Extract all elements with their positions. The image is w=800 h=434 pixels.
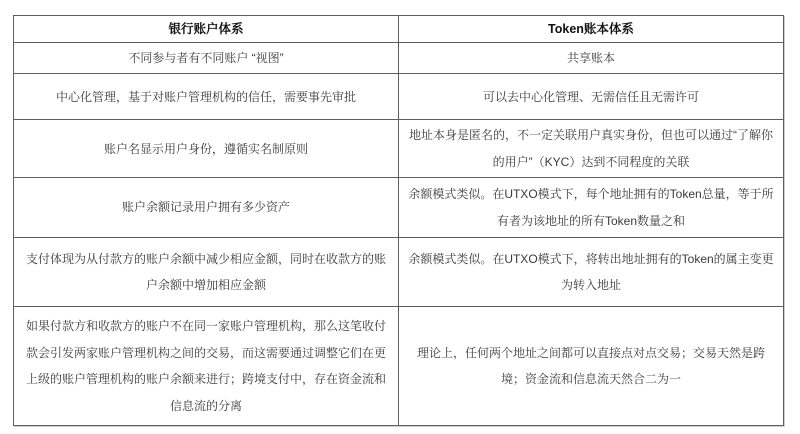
column-header-token-ledger-system: Token账本体系 bbox=[399, 16, 784, 43]
cell-token-peer-to-peer-cross-border: 理论上，任何两个地址之间都可以直接点对点交易；交易天然是跨境；资金流和信息流天然… bbox=[399, 307, 784, 426]
cell-bank-real-name-identity: 账户名显示用户身份，遵循实名制原则 bbox=[14, 120, 399, 178]
table-header-row: 银行账户体系 Token账本体系 bbox=[14, 16, 784, 43]
cell-bank-account-views: 不同参与者有不同账户 “视图” bbox=[14, 43, 399, 74]
cell-bank-centralized-management: 中心化管理，基于对账户管理机构的信任，需要事先审批 bbox=[14, 74, 399, 120]
cell-bank-interbank-cross-border-settlement: 如果付款方和收款方的账户不在同一家账户管理机构，那么这笔收付款会引发两家账户管理… bbox=[14, 307, 399, 426]
table-row: 账户余额记录用户拥有多少资产 余额模式类似。在UTXO模式下，每个地址拥有的To… bbox=[14, 178, 784, 238]
cell-bank-payment-balance-adjustment: 支付体现为从付款方的账户余额中减少相应金额，同时在收款方的账户余额中增加相应金额 bbox=[14, 238, 399, 307]
cell-token-anonymous-address-kyc: 地址本身是匿名的，不一定关联用户真实身份，但也可以通过“了解你的用户”（KYC）… bbox=[399, 120, 784, 178]
cell-token-utxo-total-amount: 余额模式类似。在UTXO模式下，每个地址拥有的Token总量，等于所有者为该地址… bbox=[399, 178, 784, 238]
cell-token-utxo-owner-transfer: 余额模式类似。在UTXO模式下，将转出地址拥有的Token的属主变更为转入地址 bbox=[399, 238, 784, 307]
column-header-bank-account-system: 银行账户体系 bbox=[14, 16, 399, 43]
table-row: 如果付款方和收款方的账户不在同一家账户管理机构，那么这笔收付款会引发两家账户管理… bbox=[14, 307, 784, 426]
document-page: 银行账户体系 Token账本体系 不同参与者有不同账户 “视图” 共享账本 中心… bbox=[0, 0, 800, 434]
table-row: 支付体现为从付款方的账户余额中减少相应金额，同时在收款方的账户余额中增加相应金额… bbox=[14, 238, 784, 307]
cell-token-shared-ledger: 共享账本 bbox=[399, 43, 784, 74]
table-row: 账户名显示用户身份，遵循实名制原则 地址本身是匿名的，不一定关联用户真实身份，但… bbox=[14, 120, 784, 178]
table-row: 中心化管理，基于对账户管理机构的信任，需要事先审批 可以去中心化管理、无需信任且… bbox=[14, 74, 784, 120]
cell-token-decentralized-management: 可以去中心化管理、无需信任且无需许可 bbox=[399, 74, 784, 120]
comparison-table: 银行账户体系 Token账本体系 不同参与者有不同账户 “视图” 共享账本 中心… bbox=[13, 15, 784, 426]
cell-bank-balance-records-assets: 账户余额记录用户拥有多少资产 bbox=[14, 178, 399, 238]
table-row: 不同参与者有不同账户 “视图” 共享账本 bbox=[14, 43, 784, 74]
